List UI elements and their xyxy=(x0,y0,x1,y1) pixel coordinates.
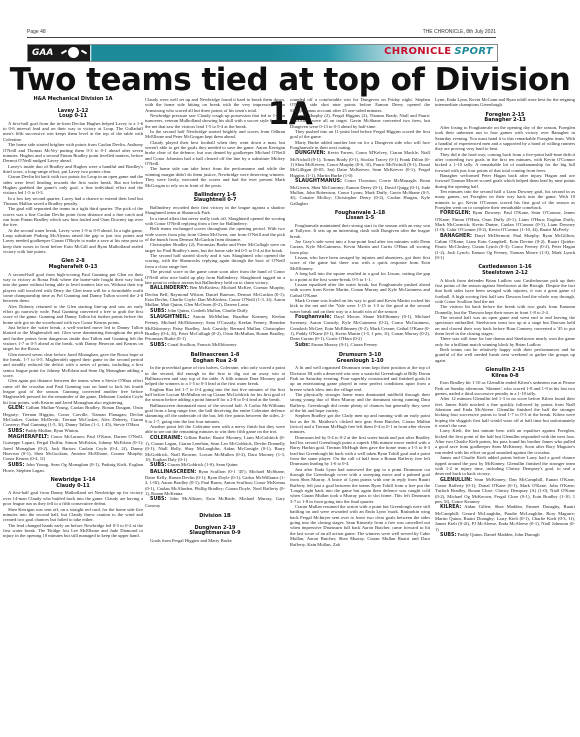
article-paragraph: James and Charlie Kielt added points bef… xyxy=(435,455,575,476)
team-name: BALLINASCREEN: xyxy=(150,470,196,475)
away-team-score: Steelstown 2-12 xyxy=(435,271,575,277)
article: Foughanvale 1-18Lissan 1-5Foughanvale ma… xyxy=(290,211,430,348)
team-lineup: SUBS: Paddy Quinn, Daniel Madden, John D… xyxy=(435,532,575,538)
match-score-heading: Glenullin 2-15Kilrea 0-8 xyxy=(435,368,575,379)
article-paragraph: The second half started slowly and it wa… xyxy=(145,253,285,269)
team-lineup: BALLINDERRY: Ben McKinless; Michael McKe… xyxy=(145,285,285,307)
column-3: rounded off a comfortable win for Dungiv… xyxy=(290,97,430,547)
away-team-score: Slaughtmanus 0-9 xyxy=(145,531,285,537)
article-paragraph: Marty Burke added another late on for a … xyxy=(290,140,430,151)
away-team-score: Lissan 1-5 xyxy=(290,216,430,222)
team-lineup: KILREA: Aidan Gillen; Shea Madden, Emmet… xyxy=(435,504,575,532)
article-paragraph: Eoin Bradley hit 1-10 as Glenullin ended… xyxy=(435,380,575,396)
article-paragraph: A first-half goal from Danny Mulholland … xyxy=(3,490,143,506)
team-name: SLAUGHTNEIL: xyxy=(150,315,189,320)
team-name: BALLINDERRY: xyxy=(150,286,189,291)
article-paragraph: A second-half goal from high-scoring Pau… xyxy=(3,272,143,304)
match-score-heading: Dungiven 2-19Slaughtmanus 0-9 xyxy=(145,526,285,537)
article-paragraph: Joe Gray's side went into a four-point l… xyxy=(290,239,430,255)
match-score-heading: Ballinderry 1-6Slaughtneil 0-7 xyxy=(145,193,285,204)
team-name: SUBS: xyxy=(8,463,24,468)
lineup-players: Eunan Murray (0-1), Ciaran Feeney. xyxy=(311,342,378,347)
article-paragraph: Mark Creane was fouled on his way to goa… xyxy=(290,298,430,314)
lineup-players: Paddy Mullan, Ryan Winton. xyxy=(26,428,80,433)
column-2: Claudy were well set up and Newbridge fo… xyxy=(145,97,285,543)
article-paragraph: Claudy played their best football when t… xyxy=(145,140,285,167)
team-lineup: SUBS: John McAllister, Eoin McBride, Mic… xyxy=(145,496,285,508)
article-paragraph: Ten minutes into the second half a Liam … xyxy=(435,189,575,210)
team-lineup: SUBS: Conal Scullion, Francis McEldowney xyxy=(145,342,285,348)
team-name: BANAGHER: xyxy=(440,234,472,239)
article-paragraph: Christopher Bradley (2), Priomsias Burke… xyxy=(145,242,285,253)
article-paragraph: Both teams can be relatively happy with … xyxy=(435,347,575,363)
away-team-score: Greenlough 1-10 xyxy=(290,359,430,365)
article-paragraph: They pushed into an 11-point lead before… xyxy=(290,129,430,140)
article-paragraph: Foughanvale maintained their strong star… xyxy=(290,223,430,239)
match-score-heading: Ballinascreen 1-8Eoghan Rua 2-9 xyxy=(145,353,285,364)
lineup-players: John Quinn, Conleth Mullan, Charlie Duff… xyxy=(168,308,248,313)
team-name: GLEN: xyxy=(8,406,24,411)
away-team-score: Eoghan Rua 2-9 xyxy=(145,359,285,365)
team-name: SUBS: xyxy=(440,533,456,538)
match-score-heading: Drumsurn 3-10Greenlough 1-10 xyxy=(290,353,430,364)
article: Claudy were well set up and Newbridge fo… xyxy=(145,97,285,188)
team-lineup: BANAGHER: Daryl McDermott; Paul Murphy, … xyxy=(435,233,575,261)
article-paragraph: The second half was an open game and wen… xyxy=(435,315,575,336)
article-paragraph: After losing to Foughanvale on the openi… xyxy=(435,125,575,152)
article-paragraph: Another point left the Coleraine men wit… xyxy=(145,424,285,435)
team-lineup: Foughanvale: Daryl Moore; Shane McElhinn… xyxy=(290,314,430,342)
article-paragraph: Glen again put distance between the team… xyxy=(3,378,143,405)
page-number: Page 48 xyxy=(27,29,46,35)
article: Lynn, Enda Lynn, Kevin McCann and Ryan t… xyxy=(435,97,575,108)
article-paragraph: Just after Enda Lynn had narrowed the ga… xyxy=(290,467,430,504)
team-lineup: SLAUGHTNEIL: Antoin McMullan; Ruadhar Ke… xyxy=(145,314,285,342)
match-score-heading: Foughanvale 1-18Lissan 1-5 xyxy=(290,211,430,222)
article-paragraph: A long ball into the square resulted in … xyxy=(290,271,430,282)
team-name: DUNGIVEN: xyxy=(295,151,326,156)
article: Ballinascreen 1-8Eoghan Rua 2-9In the pr… xyxy=(145,353,285,508)
lineup-players: Paddy Quinn, Daniel Madden, John Darragh xyxy=(458,532,540,537)
article-paragraph: Shea Kerrigan was sent off, on a straigh… xyxy=(3,507,143,523)
team-lineup: GLEN: Callum Mullan-Young, Caolan Bradle… xyxy=(3,405,143,427)
article-paragraph: There was still time for late drama and … xyxy=(435,336,575,347)
lineup-players: Callum Mullan-Young, Caolan Bradley, Ron… xyxy=(3,405,143,427)
article-paragraph: A fit and well organised Drumsurn team k… xyxy=(290,365,430,392)
team-name: Foughanvale: xyxy=(295,315,331,320)
article-paragraph: In a tinsel affair that never really too… xyxy=(145,216,285,227)
section-banner: GAA CHRONICLESPORT xyxy=(27,44,498,62)
article-paragraph: A block from defender Brian Ludlow saw C… xyxy=(435,278,575,305)
article-paragraph: rounded off a comfortable win for Dungiv… xyxy=(290,97,430,113)
away-team-score: Slaughtneil 0-7 xyxy=(145,198,285,204)
team-name: SUBS: xyxy=(150,497,166,502)
team-name: MAGHERAFELT: xyxy=(8,435,49,440)
article: Newbridge 1-14Claudy 0-11A first-half go… xyxy=(3,478,143,538)
article-paragraph: They did it the hard way, coming back fr… xyxy=(435,152,575,173)
article-paragraph: Lavey's inside duo of Bradley and Hughes… xyxy=(3,164,143,175)
team-lineup: SUBS: John Young, Sean Og Monaghan (0-1)… xyxy=(3,462,143,474)
article-paragraph: The pivotal score in the game came soon … xyxy=(145,269,285,285)
away-team-score: Magherafelt 0-13 xyxy=(3,265,143,271)
football-icon xyxy=(68,47,79,58)
page-header: Page 48 THE CHRONICLE, 8th July 2021 xyxy=(27,28,496,38)
article: Ballinderry 1-6Slaughtneil 0-7Ballinderr… xyxy=(145,193,285,348)
team-name: SUBS: xyxy=(150,309,166,314)
article: Glenullin 2-15Kilrea 0-8Eoin Bradley hit… xyxy=(435,368,575,538)
team-lineup: FOREGLEN: Ryan Downey; Paul O'Kane, Sean… xyxy=(435,210,575,232)
lineup-players: John Young, Sean Og Monaghan (0-1), Padr… xyxy=(3,462,143,473)
article-paragraph: Lissan equalised after the water break, … xyxy=(290,282,430,298)
article: Glen 2-8Magherafelt 0-13A second-half go… xyxy=(3,259,143,473)
brand-sport: SPORT xyxy=(454,46,493,57)
article-paragraph: Both teams exchanged scores throughout t… xyxy=(145,226,285,242)
article-paragraph: At the second water break, Lavey were 1-… xyxy=(3,228,143,255)
article-paragraph: Just before the water break, a well-work… xyxy=(3,325,143,352)
team-name: COLERAINE: xyxy=(150,436,182,441)
section-title: H&A Mechanical Division 1A xyxy=(3,97,143,103)
article: Foreglen 2-15Banagher 2-13After losing t… xyxy=(435,113,575,261)
article-paragraph: Newbridge pressure saw Claudy cough up p… xyxy=(145,113,285,129)
team-name: FOREGLEN: xyxy=(440,211,471,216)
article-paragraph: A first-half goal from the in-form Decla… xyxy=(3,121,143,142)
article-paragraph: Ballinderry recorded their first victory… xyxy=(145,205,285,216)
gaa-logo: GAA xyxy=(28,45,90,61)
away-team-score: Loup 0-11 xyxy=(3,114,143,120)
article-paragraph: The visitors hit back before the break w… xyxy=(435,304,575,315)
article: Division 1BDungiven 2-19Slaughtmanus 0-9… xyxy=(145,514,285,543)
article-paragraph: Larry Kielt, the last minute hero with a… xyxy=(435,428,575,455)
article-paragraph: The lead changed hands early on before N… xyxy=(3,523,143,539)
article-paragraph: After 12 minutes Glenullin led 1-3 to no… xyxy=(435,396,575,428)
article-paragraph: Lynn, Enda Lynn, Kevin McCann and Ryan t… xyxy=(435,97,575,108)
away-team-score: Banagher 2-13 xyxy=(435,118,575,124)
article-paragraph: The goal still separated the teams in a … xyxy=(3,206,143,227)
lineup-players: Conal Scullion, Francis McEldowney xyxy=(168,342,237,347)
hurley-icon xyxy=(61,50,67,55)
publication-date: THE CHRONICLE, 8th July 2021 xyxy=(423,29,496,35)
article-paragraph: Lissan, who have been ravaged by injurie… xyxy=(290,255,430,271)
article-paragraph: The home side can take heart from the pe… xyxy=(145,166,285,187)
article-paragraph: In the second half Newbridge started bri… xyxy=(145,129,285,140)
article-paragraph: Drumsurn led by 0-4 to 0-2 at the first … xyxy=(290,435,430,467)
article-paragraph: Alex Doherty returned to the Glen starti… xyxy=(3,304,143,325)
team-name: SLAUGHTMANUS: xyxy=(295,179,342,184)
team-name: SUBS: xyxy=(150,343,166,348)
article: Castledawson 1-16Steelstown 2-12A block … xyxy=(435,265,575,363)
column-1: H&A Mechanical Division 1ALavey 1-12Loup… xyxy=(3,97,143,539)
gaa-label: GAA xyxy=(32,48,53,58)
lineup-players: Ciaran McGoldrick (1-0), Sean Quinn xyxy=(168,462,238,467)
match-score-heading: Newbridge 1-14Claudy 0-11 xyxy=(3,478,143,489)
team-name: GLENULLIN: xyxy=(440,478,472,483)
team-lineup: Subs: Eunan Murray (0-1), Ciaran Feeney. xyxy=(290,342,430,348)
chronicle-sport-logo: CHRONICLESPORT xyxy=(384,46,493,57)
team-lineup: COLERAINE: Gillian Burke; Ruairi Mooney,… xyxy=(145,435,285,463)
article-paragraph: In the proverbial game of two halves, Co… xyxy=(145,365,285,386)
column-4: Lynn, Enda Lynn, Kevin McCann and Ryan t… xyxy=(435,97,575,538)
match-score-heading: Castledawson 1-16Steelstown 2-12 xyxy=(435,265,575,276)
team-name: SUBS: xyxy=(8,429,24,434)
article-paragraph: Stephen Bradley got the Clady men up and… xyxy=(290,413,430,434)
article-paragraph: Eoghan Rua led 1-7 to 0-4 going into the… xyxy=(145,387,285,403)
match-score-heading: Foreglen 2-15Banagher 2-13 xyxy=(435,113,575,124)
team-lineup: BALLINASCREEN: Ryan Scullion (0-1 '45');… xyxy=(145,469,285,497)
article-paragraph: Ciaran Devlin hit back with two points f… xyxy=(3,174,143,195)
match-score-heading: Lavey 1-12Loup 0-11 xyxy=(3,109,143,120)
article-paragraph: Claudy were well set up and Newbridge fo… xyxy=(145,97,285,113)
team-lineup: SLAUGHTMANUS: Conor Thornton; Corrie McM… xyxy=(290,178,430,206)
article-paragraph: Glen moved seven clear before Jared Mona… xyxy=(3,352,143,379)
away-team-score: Claudy 0-11 xyxy=(3,484,143,490)
article-paragraph: Ballinascreen dominated most of the seco… xyxy=(145,403,285,424)
article: Lavey 1-12Loup 0-11A first-half goal fro… xyxy=(3,109,143,255)
article-paragraph: The home side started brighter with poin… xyxy=(3,142,143,163)
away-team-score: Kilrea 0-8 xyxy=(435,374,575,380)
article-paragraph: The physically stronger home team domina… xyxy=(290,392,430,413)
team-lineup: MAGHERAFELT: Conor McLarnon; Paul O'Kane… xyxy=(3,434,143,462)
team-name: SUBS: xyxy=(150,463,166,468)
article: rounded off a comfortable win for Dungiv… xyxy=(290,97,430,206)
hurley-icon xyxy=(81,50,87,55)
match-score-heading: Glen 2-8Magherafelt 0-13 xyxy=(3,259,143,270)
article-paragraph: Goals from Fergal Higgins and Marty Burk… xyxy=(145,538,285,543)
team-name: Subs: xyxy=(295,343,310,348)
article-paragraph: Banagher welcomed Peter Hagan back after… xyxy=(435,173,575,189)
article-paragraph: In a low key second quarter, Lavey had a… xyxy=(3,196,143,207)
team-name: KILREA: xyxy=(440,505,461,510)
division-title: Division 1B xyxy=(145,514,285,520)
article-paragraph: Conor Murphy (2), Fergal Higgins (2), Th… xyxy=(290,113,430,129)
article-paragraph: Ciaran Mullan resumed the action with a … xyxy=(290,504,430,547)
team-lineup: DUNGIVEN: Kevin Farren, Conor M'Kelvey, … xyxy=(290,150,430,178)
article: Drumsurn 3-10Greenlough 1-10A fit and we… xyxy=(290,353,430,547)
team-lineup: GLENULLIN: Sean McKinney; Dan McCamphill… xyxy=(435,477,575,505)
brand-chronicle: CHRONICLE xyxy=(384,46,451,57)
